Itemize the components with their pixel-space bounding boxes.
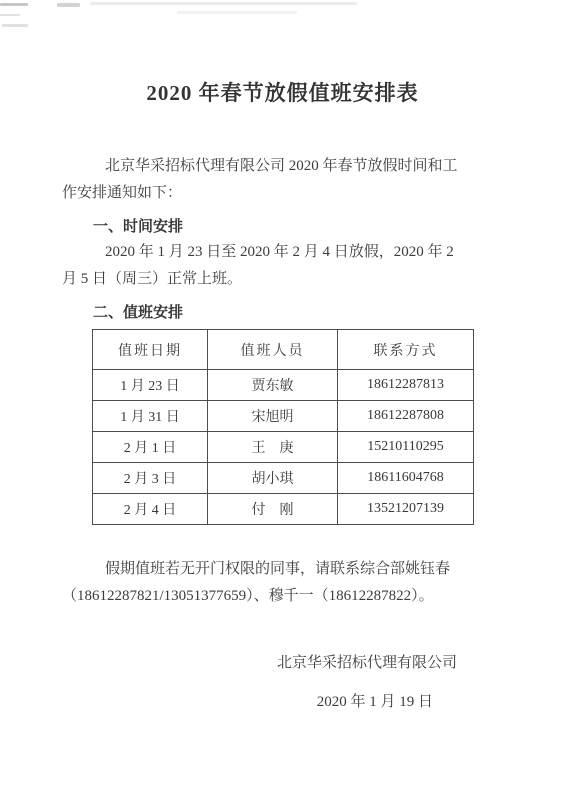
scan-smudge [2, 24, 28, 27]
cell-person: 王 庚 [208, 432, 338, 463]
scan-smudge [0, 3, 28, 6]
cell-date: 1 月 31 日 [93, 401, 208, 432]
cell-date: 2 月 1 日 [93, 432, 208, 463]
cell-date: 2 月 4 日 [93, 494, 208, 525]
table-header-row: 值班日期 值班人员 联系方式 [93, 330, 474, 370]
column-header-date: 值班日期 [93, 330, 208, 370]
signature-date: 2020 年 1 月 19 日 [62, 689, 505, 716]
intro-paragraph: 北京华采招标代理有限公司 2020 年春节放假时间和工 作安排通知如下： [62, 153, 505, 207]
column-header-person: 值班人员 [208, 330, 338, 370]
table-row: 1 月 23 日 贾东敏 18612287813 [93, 370, 474, 401]
column-header-contact: 联系方式 [338, 330, 474, 370]
cell-person: 胡小琪 [208, 463, 338, 494]
section2-heading: 二、值班安排 [62, 301, 505, 325]
cell-contact: 18611604768 [338, 463, 474, 494]
scan-smudge [0, 14, 20, 16]
cell-person: 宋旭明 [208, 401, 338, 432]
closing-line-1: 假期值班若无开门权限的同事，请联系综合部姚钰春 [62, 556, 505, 583]
cell-contact: 13521207139 [338, 494, 474, 525]
cell-contact: 15210110295 [338, 432, 474, 463]
cell-contact: 18612287808 [338, 401, 474, 432]
scan-smudge [177, 11, 297, 14]
section1-paragraph: 2020 年 1 月 23 日至 2020 年 2 月 4 日放假，2020 年… [62, 239, 505, 293]
table-row: 2 月 3 日 胡小琪 18611604768 [93, 463, 474, 494]
table-row: 2 月 1 日 王 庚 15210110295 [93, 432, 474, 463]
cell-person: 贾东敏 [208, 370, 338, 401]
duty-schedule-table: 值班日期 值班人员 联系方式 1 月 23 日 贾东敏 18612287813 … [92, 329, 474, 525]
signature-company: 北京华采招标代理有限公司 [62, 650, 505, 677]
closing-paragraph: 假期值班若无开门权限的同事，请联系综合部姚钰春 （18612287821/130… [62, 556, 505, 610]
intro-line-1: 北京华采招标代理有限公司 2020 年春节放假时间和工 [62, 153, 505, 180]
document-body: 北京华采招标代理有限公司 2020 年春节放假时间和工 作安排通知如下： 一、时… [62, 153, 505, 716]
page-title: 2020 年春节放假值班安排表 [0, 78, 565, 108]
table-row: 2 月 4 日 付 刚 13521207139 [93, 494, 474, 525]
scan-smudge [90, 2, 357, 5]
section1-heading: 一、时间安排 [62, 215, 505, 239]
closing-line-2: （18612287821/13051377659）、穆千一（1861228782… [62, 583, 505, 610]
table-row: 1 月 31 日 宋旭明 18612287808 [93, 401, 474, 432]
cell-date: 2 月 3 日 [93, 463, 208, 494]
scan-smudge [57, 3, 80, 7]
cell-person: 付 刚 [208, 494, 338, 525]
cell-contact: 18612287813 [338, 370, 474, 401]
section1-line-1: 2020 年 1 月 23 日至 2020 年 2 月 4 日放假，2020 年… [62, 239, 505, 266]
document-page: 2020 年春节放假值班安排表 北京华采招标代理有限公司 2020 年春节放假时… [0, 0, 565, 800]
cell-date: 1 月 23 日 [93, 370, 208, 401]
signature-block: 北京华采招标代理有限公司 2020 年 1 月 19 日 [62, 650, 505, 716]
section1-line-2: 月 5 日（周三）正常上班。 [62, 266, 505, 293]
intro-line-2: 作安排通知如下： [62, 180, 505, 207]
